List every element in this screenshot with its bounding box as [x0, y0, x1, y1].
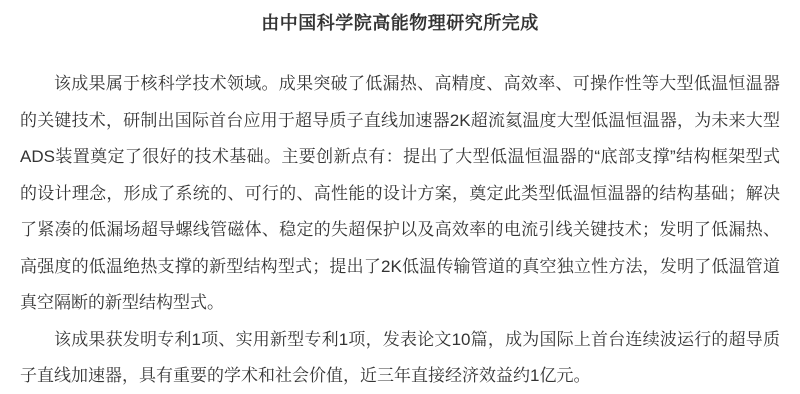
- document-page: 由中国科学院高能物理研究所完成 该成果属于核科学技术领域。成果突破了低漏热、高精…: [0, 0, 800, 394]
- paragraph-patents-and-impact: 该成果获发明专利1项、实用新型专利1项，发表论文10篇，成为国际上首台连续波运行…: [20, 322, 780, 394]
- document-title: 由中国科学院高能物理研究所完成: [20, 12, 780, 35]
- paragraph-achievement-description: 该成果属于核科学技术领域。成果突破了低漏热、高精度、高效率、可操作性等大型低温恒…: [20, 66, 780, 322]
